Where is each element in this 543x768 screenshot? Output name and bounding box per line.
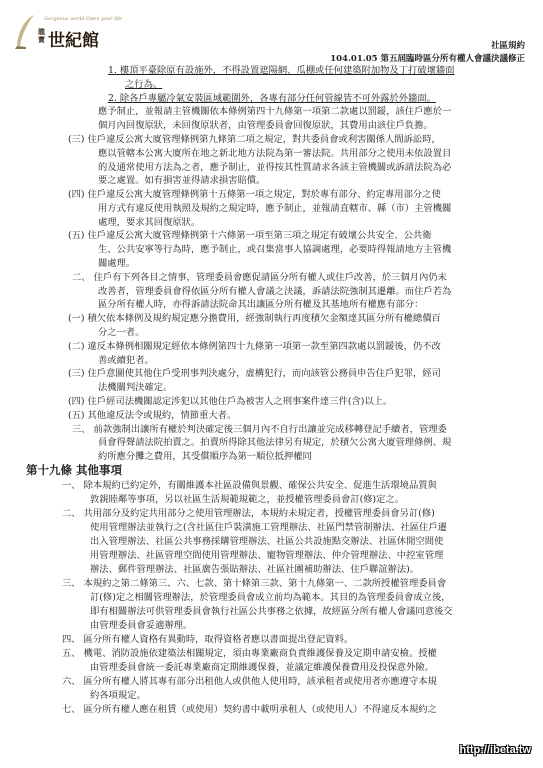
text-line: 之行為。	[125, 78, 162, 92]
article-heading: 第十九條 其他事項	[26, 464, 122, 478]
text-line: 敦親睦鄰等事項，另以社區生活規範規範之，並授權管理委員會訂(修)定之。	[90, 493, 404, 507]
text-line: 用方式有違反使用執照及規約之規定時，應予制止，並報請直轄市、縣（市）主管機關	[98, 202, 451, 216]
text-line: 二、 住戶有下列各目之情事，管理委員會應促請區分所有權人或住戶改善，於三個月內仍…	[72, 271, 447, 285]
text-line: 應以管轄本公寓大廈所在地之新北地方法院為第一審法院。共用部分之使用未依設置目	[98, 147, 451, 161]
text-line: 約各項規定。	[90, 689, 146, 703]
text-line: 要之處置。如有損害並得請求損害賠償。	[98, 174, 265, 188]
logo-tagline: Gorgeous world Open your life	[44, 16, 122, 22]
text-line: 五、 機電、消防設施依建築法相關規定，須由專業廠商負責維護保養及定期申請安檢。授…	[62, 647, 437, 661]
text-line: 處理，要求其回復原狀。	[98, 216, 200, 230]
text-line: (四) 住戶違反公寓大廈管理條例第十五條第一項之規定，對於專有部分、約定專用部分…	[68, 188, 441, 202]
text-line: 使用管理辦法並執行之(含社區住戶裝潢施工管理辦法、社區門禁管制辦法、社區住戶遷	[90, 521, 447, 535]
text-line: 生、公共安寧等行為時，應予制止，或召集當事人協調處理，必要時得報請地方主管機	[98, 243, 451, 257]
text-line: 六、 區分所有權人將其專有部分出租他人或供他人使用時，該承租者或使用者亦應遵守本…	[62, 675, 437, 689]
text-line: 應予制止，並報請主管機關依本條例第四十九條第一項第二款處以罰鍰，該住戶應於一	[98, 105, 451, 119]
text-line: 三、 本規約之第二條第三、六、七款、第十條第三款、第十九條第一、二款所授權管理委…	[62, 577, 446, 591]
logo-brand-small: 龍寶	[38, 28, 46, 44]
document-header: 社區規約 104.01.05 第五屆臨時區分所有權人會議決議修正	[330, 40, 525, 66]
text-line: (三) 住戶違反公寓大廈管理條例第九條第二項之規定，對共委員會或利害關係人間訴訟…	[68, 133, 441, 147]
text-line: 分之一者。	[98, 326, 145, 340]
text-line: (五) 其他違反法令或規約，情節重大者。	[68, 409, 236, 423]
document-type: 社區規約	[330, 40, 525, 53]
text-line: 四、 區分所有權人資格有異動時，取得資格者應以書面提出登記資料。	[62, 633, 353, 647]
text-line: 由管理委員會妥適辦理。	[90, 619, 192, 633]
text-line: 即有相關辦法可供管理委員會執行社區公共事務之依據，故經區分所有權人會議同意後交	[90, 605, 453, 619]
text-line: (二) 違反本條例相關規定經依本條例第四十九條第一項第一款至第四款處以罰鍰後，仍…	[68, 340, 441, 354]
text-line: 二、 共用部分及約定共用部分之使用管理辦法，本規約未規定者，授權管理委員會另訂(…	[62, 507, 435, 521]
text-line: (一) 積欠依本條例及規約規定應分擔費用，經強制執行再度積欠金額達其區分所有權總…	[68, 312, 441, 326]
text-line: 的及通常使用方法為之者，應予制止，並得按其性質請求各該主管機關或訴請法院為必	[98, 161, 451, 175]
text-line: 一、 除本規約已約定外，有關維護本社區設備與景觀、確保公共安全、促進生活環境品質…	[62, 479, 437, 493]
watermark-url: http://ibeta.tw	[460, 744, 532, 756]
text-line: 由管理委員會統一委託專業廠商定期維護保養，並議定維護保養費用及投保意外險。	[90, 661, 434, 675]
text-line: 2. 除各戶專屬冷氣安裝區域範圍外，各專有部分任何管線皆不可外露於外牆面。	[108, 92, 436, 106]
logo-brand-name: 世紀館	[48, 26, 99, 51]
text-line: 法機關判決確定。	[98, 381, 172, 395]
text-line: 員會得聲請法院拍賣之。拍賣所得除其他法律另有規定，於積欠公寓大廈管理條例、規	[98, 436, 451, 450]
text-line: 出入管理辦法、社區公共事務採購管理辦法、社區公共設施點交辦法、社區休閒空間使	[90, 535, 443, 549]
text-line: 關處理。	[98, 257, 135, 271]
text-line: 三、 前款強制出讓所有權於判決確定後三個月內不自行出讓並完成移轉登記手續者，管理…	[72, 423, 447, 437]
text-line: 善或續犯者。	[98, 354, 154, 368]
text-line: 七、 區分所有權人應在租賃（或使用）契約書中載明承租人（或使用人）不得違反本規約…	[62, 703, 437, 717]
text-line: 辦法、郵件管理辦法、社區廣告張貼辦法、社區社團補助辦法、住戶聯誼辦法)。	[90, 563, 419, 577]
text-line: 改善者，管理委員會得依區分所有權人會議之決議，訴請法院強制其遷離。而住戶若為	[98, 285, 451, 299]
text-line: (三) 住戶意圖使其他住戶受刑事判決處分，虛構犯行，而向該管公務員申告住戶犯罪，…	[68, 367, 441, 381]
text-line: 用管理辦法、社區管理空間使用管理辦法、寵物管理辦法、仲介管理辦法、中控室管理	[90, 549, 443, 563]
text-line: 個月內回復原狀，未回復原狀者，由管理委員會回復原狀，其費用由該住戶負擔。	[98, 119, 433, 133]
site-logo: Gorgeous world Open your life 龍寶 世紀館	[8, 8, 98, 56]
text-line: 1. 樓頂平臺除原有設施外，不得設置遮陽網、瓜棚或任何建築附加物及丁打破壞牆面	[108, 64, 455, 78]
quill-icon	[14, 14, 36, 50]
text-line: 訂(修)定之相關管理辦法，於管理委員會成立前均為範本。其目的為管理委員會成立後，	[90, 591, 451, 605]
text-line: 約所應分攤之費用，其受償順序為第一順位抵押權同	[98, 450, 312, 464]
text-line: (五) 住戶違反公寓大廈管理條例第十六條第一項至第三項之規定有破壞公共安全、公共…	[68, 229, 432, 243]
text-line: (四) 住戶經司法機關認定涉犯以其他住戶為被害人之刑事案件達三件(含)以上。	[68, 395, 392, 409]
text-line: 區分所有權人時，亦得訴請法院命其出讓區分所有權及其基地所有權應有部分：	[98, 298, 423, 312]
